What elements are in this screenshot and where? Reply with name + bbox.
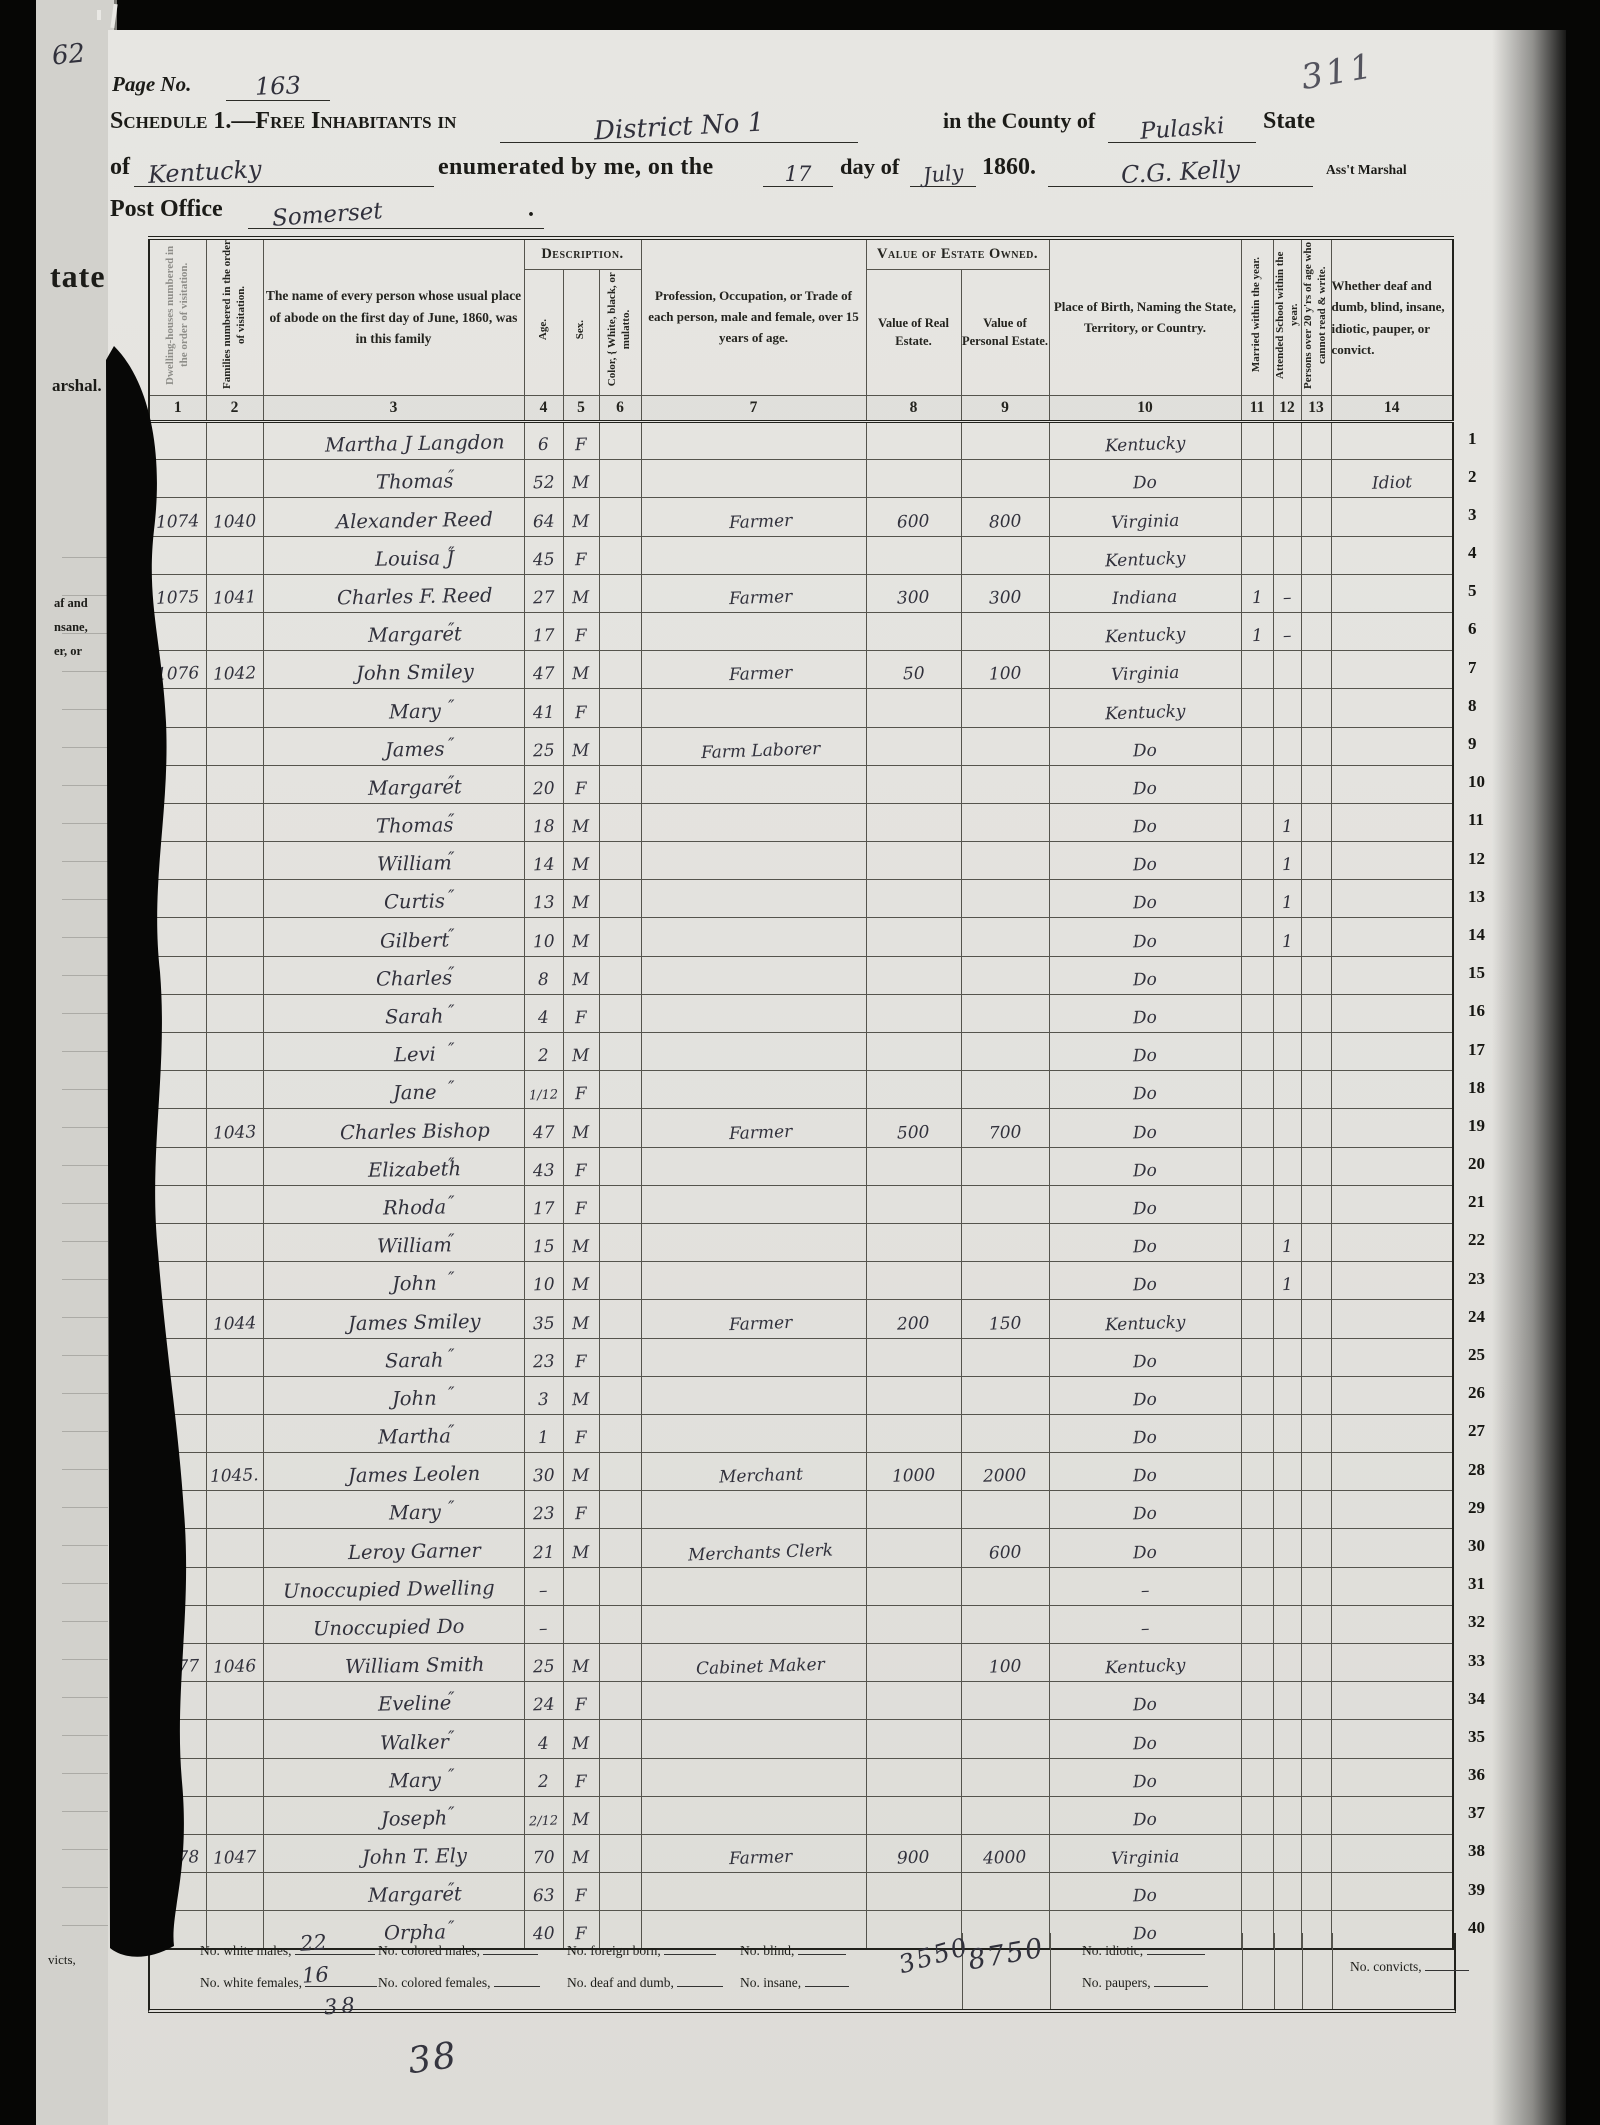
row-number: 1: [112, 420, 142, 458]
cell-school: [1273, 1414, 1301, 1452]
previous-page-edge: 62 tate arshal. af and nsane, er, or vic…: [36, 0, 117, 2125]
cell-dwelling: [149, 956, 206, 994]
row-number: 33: [112, 1642, 142, 1680]
cell-name: Curtis″: [263, 880, 524, 918]
cell-remarks: [1331, 536, 1453, 574]
row-number: 6: [1468, 610, 1514, 648]
cell-school: [1273, 1071, 1301, 1109]
cell-remarks: [1331, 574, 1453, 612]
cell-birthplace: Do: [1049, 1071, 1241, 1109]
cell-name: Alexander Reed: [263, 498, 524, 536]
cell-family: 1044: [206, 1300, 263, 1338]
cell-cannot_read: [1301, 536, 1331, 574]
cell-real_estate: [866, 1223, 961, 1261]
cell-sex: F: [563, 765, 599, 803]
cell-occupation: Farmer: [641, 1300, 866, 1338]
cell-married: [1241, 765, 1273, 803]
cell-family: [206, 1185, 263, 1223]
ditto-mark: ″: [448, 887, 454, 907]
cell-occupation: Farmer: [641, 1834, 866, 1872]
ditto-mark: ″: [448, 620, 454, 640]
header-birthplace: Place of Birth, Naming the State, Territ…: [1049, 238, 1241, 396]
cell-sex: F: [563, 994, 599, 1032]
cell-cannot_read: [1301, 574, 1331, 612]
cell-married: [1241, 1300, 1273, 1338]
cell-dwelling: [149, 1147, 206, 1185]
cell-cannot_read: [1301, 765, 1331, 803]
cell-birthplace: Do: [1049, 1796, 1241, 1834]
cell-sex: F: [563, 1147, 599, 1185]
cell-family: [206, 612, 263, 650]
row-number: 19: [1468, 1107, 1514, 1145]
cell-age: 70: [524, 1834, 563, 1872]
cell-cannot_read: [1301, 1834, 1331, 1872]
cell-real_estate: [866, 727, 961, 765]
cell-family: [206, 1529, 263, 1567]
colored-females-label: No. colored females,: [378, 1975, 540, 1991]
cell-sex: M: [563, 1223, 599, 1261]
cell-family: 1040: [206, 498, 263, 536]
row-number: 19: [112, 1107, 142, 1145]
cell-age: 47: [524, 651, 563, 689]
cell-color: [599, 1644, 641, 1682]
cell-cannot_read: [1301, 1262, 1331, 1300]
cell-age: 17: [524, 1185, 563, 1223]
cell-real_estate: [866, 1796, 961, 1834]
table-row: Unoccupied Do––: [149, 1605, 1453, 1643]
cell-school: [1273, 1834, 1301, 1872]
cell-remarks: [1331, 994, 1453, 1032]
cell-sex: F: [563, 1071, 599, 1109]
cell-age: 10: [524, 918, 563, 956]
cell-dwelling: [149, 1414, 206, 1452]
cell-sex: F: [563, 1491, 599, 1529]
cell-name: William″: [263, 842, 524, 880]
row-number: 29: [112, 1489, 142, 1527]
cell-real_estate: [866, 1376, 961, 1414]
cell-color: [599, 1262, 641, 1300]
cell-remarks: [1331, 1262, 1453, 1300]
table-row: Charles″8MDo: [149, 956, 1453, 994]
row-number: 15: [112, 954, 142, 992]
cell-age: 2: [524, 1033, 563, 1071]
cell-cannot_read: [1301, 651, 1331, 689]
cell-married: [1241, 1834, 1273, 1872]
county-label: in the County of: [943, 108, 1095, 134]
row-number: 13: [112, 878, 142, 916]
header-dwelling: Dwelling-houses numbered in the order of…: [149, 238, 206, 396]
cell-color: [599, 1223, 641, 1261]
cell-name: Charles″: [263, 956, 524, 994]
cell-occupation: [641, 765, 866, 803]
page-no-blank: 163: [226, 68, 330, 101]
cell-personal_estate: [961, 994, 1049, 1032]
cell-remarks: [1331, 1644, 1453, 1682]
row-number: 23: [1468, 1260, 1514, 1298]
cell-name: Unoccupied Dwelling: [263, 1567, 524, 1605]
cell-school: [1273, 651, 1301, 689]
cell-cannot_read: [1301, 1491, 1331, 1529]
cell-family: [206, 727, 263, 765]
deaf-dumb-label: No. deaf and dumb,: [567, 1975, 723, 1991]
cell-school: [1273, 1529, 1301, 1567]
row-number: 10: [1468, 763, 1514, 801]
cell-cannot_read: [1301, 1605, 1331, 1643]
cell-age: 2/12: [524, 1796, 563, 1834]
cell-sex: F: [563, 422, 599, 460]
cell-name: Eveline″: [263, 1682, 524, 1720]
cell-dwelling: 1075: [149, 574, 206, 612]
cell-birthplace: Do: [1049, 1338, 1241, 1376]
row-number: 31: [112, 1565, 142, 1603]
cell-personal_estate: [961, 842, 1049, 880]
cell-birthplace: Kentucky: [1049, 536, 1241, 574]
cell-real_estate: [866, 1262, 961, 1300]
cell-married: [1241, 1338, 1273, 1376]
cell-school: [1273, 1300, 1301, 1338]
ditto-mark: ″: [448, 849, 454, 869]
cell-school: [1273, 1147, 1301, 1185]
header-remarks: Whether deaf and dumb, blind, insane, id…: [1331, 238, 1453, 396]
white-females-value: 16: [301, 1962, 329, 1987]
cell-remarks: [1331, 1720, 1453, 1758]
cell-color: [599, 422, 641, 460]
cell-sex: M: [563, 1720, 599, 1758]
cell-family: [206, 1223, 263, 1261]
cell-family: [206, 689, 263, 727]
cell-real_estate: [866, 1720, 961, 1758]
row-number: 26: [1468, 1374, 1514, 1412]
cell-cannot_read: [1301, 612, 1331, 650]
table-row: Jane″1/12FDo: [149, 1071, 1453, 1109]
cell-school: –: [1273, 612, 1301, 650]
row-number: 13: [1468, 878, 1514, 916]
cell-age: 13: [524, 880, 563, 918]
cell-sex: M: [563, 1529, 599, 1567]
cell-family: [206, 536, 263, 574]
ditto-mark: ″: [448, 1689, 454, 1709]
cell-dwelling: [149, 1720, 206, 1758]
ditto-mark: ″: [448, 1002, 454, 1022]
ditto-mark: ″: [448, 1422, 454, 1442]
row-number: 28: [112, 1451, 142, 1489]
cell-age: 18: [524, 803, 563, 841]
row-number: 38: [1468, 1832, 1514, 1870]
cell-occupation: [641, 536, 866, 574]
table-row: Joseph″2/12MDo: [149, 1796, 1453, 1834]
cell-married: [1241, 1071, 1273, 1109]
header-cannot-read: Persons over 20 y'rs of age who cannot r…: [1301, 238, 1331, 396]
cell-age: 4: [524, 1720, 563, 1758]
cell-sex: F: [563, 689, 599, 727]
cell-dwelling: [149, 689, 206, 727]
cell-sex: F: [563, 536, 599, 574]
cell-real_estate: [866, 612, 961, 650]
cell-remarks: [1331, 1567, 1453, 1605]
cell-remarks: [1331, 498, 1453, 536]
county-value: Pulaski: [1139, 113, 1225, 145]
header-family: Families numbered in the order of visita…: [206, 238, 263, 396]
ditto-mark: ″: [448, 964, 454, 984]
table-row: Elizabeth″43FDo: [149, 1147, 1453, 1185]
cell-real_estate: 900: [866, 1834, 961, 1872]
state-word: State: [1263, 108, 1315, 135]
cell-birthplace: Do: [1049, 1185, 1241, 1223]
cell-remarks: [1331, 1147, 1453, 1185]
row-number: 16: [112, 992, 142, 1030]
cell-name: Elizabeth″: [263, 1147, 524, 1185]
cell-birthplace: Do: [1049, 880, 1241, 918]
row-number: 21: [112, 1183, 142, 1221]
cell-school: 1: [1273, 803, 1301, 841]
cell-personal_estate: [961, 1758, 1049, 1796]
row-number: 30: [112, 1527, 142, 1565]
cell-real_estate: [866, 1873, 961, 1911]
cell-personal_estate: [961, 460, 1049, 498]
cell-occupation: [641, 1071, 866, 1109]
cell-dwelling: [149, 803, 206, 841]
row-number: 20: [112, 1145, 142, 1183]
cell-personal_estate: 100: [961, 651, 1049, 689]
year-label: 1860.: [982, 154, 1036, 181]
cell-personal_estate: [961, 1720, 1049, 1758]
cell-color: [599, 1567, 641, 1605]
cell-birthplace: Virginia: [1049, 498, 1241, 536]
cell-family: [206, 842, 263, 880]
cell-remarks: [1331, 1414, 1453, 1452]
cell-married: [1241, 689, 1273, 727]
cell-school: [1273, 536, 1301, 574]
divider: [1274, 1933, 1275, 2009]
cell-school: [1273, 689, 1301, 727]
census-scan: 62 tate arshal. af and nsane, er, or vic…: [0, 0, 1600, 2125]
cell-school: 1: [1273, 1223, 1301, 1261]
cell-name: Margaret″: [263, 765, 524, 803]
cell-sex: F: [563, 1185, 599, 1223]
table-row: 10771046William Smith25MCabinet Maker100…: [149, 1644, 1453, 1682]
cell-married: 1: [1241, 574, 1273, 612]
cell-real_estate: [866, 1682, 961, 1720]
row-number: 7: [112, 649, 142, 687]
cell-remarks: [1331, 1223, 1453, 1261]
cell-personal_estate: [961, 1605, 1049, 1643]
cell-name: Margaret″: [263, 612, 524, 650]
cell-occupation: [641, 1758, 866, 1796]
cell-dwelling: [149, 918, 206, 956]
month-value: July: [922, 160, 964, 187]
table-row: Louisa J″45FKentucky: [149, 536, 1453, 574]
previous-page-fragment-marshal: arshal.: [52, 376, 102, 396]
row-number: 25: [1468, 1336, 1514, 1374]
cell-occupation: [641, 880, 866, 918]
cell-sex: F: [563, 1758, 599, 1796]
cell-married: [1241, 1109, 1273, 1147]
ditto-mark: ″: [448, 811, 454, 831]
cell-real_estate: [866, 1529, 961, 1567]
cell-color: [599, 1605, 641, 1643]
row-number: 35: [1468, 1718, 1514, 1756]
idiotic-label: No. idiotic,: [1082, 1943, 1205, 1959]
cell-cannot_read: [1301, 1109, 1331, 1147]
row-number: 29: [1468, 1489, 1514, 1527]
header-color: Color, { White, black, or mulatto.: [599, 269, 641, 395]
cell-remarks: [1331, 842, 1453, 880]
cell-remarks: [1331, 727, 1453, 765]
row-number: 1: [1468, 420, 1514, 458]
row-number: 9: [112, 725, 142, 763]
handwritten-stamp: 311: [1298, 46, 1378, 98]
cell-age: 20: [524, 765, 563, 803]
cell-school: [1273, 1567, 1301, 1605]
cell-real_estate: [866, 1414, 961, 1452]
cell-color: [599, 1300, 641, 1338]
cell-birthplace: Indiana: [1049, 574, 1241, 612]
cell-personal_estate: 150: [961, 1300, 1049, 1338]
cell-dwelling: [149, 536, 206, 574]
cell-age: 17: [524, 612, 563, 650]
row-number: 22: [112, 1221, 142, 1259]
row-number: 37: [1468, 1794, 1514, 1832]
divider: [1050, 1933, 1051, 2009]
cell-sex: M: [563, 727, 599, 765]
cell-real_estate: [866, 1758, 961, 1796]
cell-real_estate: [866, 956, 961, 994]
cell-age: 27: [524, 574, 563, 612]
cell-birthplace: Do: [1049, 765, 1241, 803]
row-number: 2: [112, 458, 142, 496]
cell-dwelling: [149, 727, 206, 765]
cell-personal_estate: [961, 1491, 1049, 1529]
cell-age: 14: [524, 842, 563, 880]
table-row: Margaret″17FKentucky1–: [149, 612, 1453, 650]
white-males-label: No. white males,: [200, 1943, 375, 1959]
column-number-row: 12 34 56 78 910 1112 1314: [149, 396, 1453, 422]
cell-dwelling: 1076: [149, 651, 206, 689]
cell-color: [599, 1758, 641, 1796]
cell-birthplace: Do: [1049, 1109, 1241, 1147]
row-number: 31: [1468, 1565, 1514, 1603]
cell-dwelling: 1077: [149, 1644, 206, 1682]
cell-school: 1: [1273, 918, 1301, 956]
cell-family: [206, 880, 263, 918]
cell-school: [1273, 460, 1301, 498]
cell-sex: M: [563, 1796, 599, 1834]
cell-family: [206, 1873, 263, 1911]
cell-color: [599, 536, 641, 574]
cell-family: [206, 1758, 263, 1796]
header-married: Married within the year.: [1241, 238, 1273, 396]
cell-name: James Leolen: [263, 1453, 524, 1491]
cell-remarks: [1331, 651, 1453, 689]
cell-cannot_read: [1301, 1644, 1331, 1682]
cell-occupation: Farmer: [641, 651, 866, 689]
cell-personal_estate: [961, 1262, 1049, 1300]
cell-name: Mary″: [263, 689, 524, 727]
cell-married: [1241, 1796, 1273, 1834]
row-number: 40: [112, 1909, 142, 1947]
row-number: 8: [1468, 687, 1514, 725]
cell-name: Thomas″: [263, 460, 524, 498]
cell-married: [1241, 842, 1273, 880]
cell-occupation: [641, 842, 866, 880]
cell-name: Jane″: [263, 1071, 524, 1109]
cell-age: 47: [524, 1109, 563, 1147]
cell-real_estate: 1000: [866, 1453, 961, 1491]
cell-married: [1241, 727, 1273, 765]
cell-color: [599, 1185, 641, 1223]
ditto-mark: ″: [448, 1880, 454, 1900]
row-number: 23: [112, 1260, 142, 1298]
table-row: Sarah″4FDo: [149, 994, 1453, 1032]
cell-dwelling: [149, 880, 206, 918]
cell-birthplace: Do: [1049, 918, 1241, 956]
cell-birthplace: –: [1049, 1605, 1241, 1643]
cell-married: [1241, 1185, 1273, 1223]
cell-personal_estate: [961, 1376, 1049, 1414]
convicts-label: No. convicts,: [1350, 1959, 1469, 1975]
table-row: John″3MDo: [149, 1376, 1453, 1414]
cell-name: Margaret″: [263, 1873, 524, 1911]
cell-occupation: [641, 1414, 866, 1452]
cell-real_estate: [866, 1491, 961, 1529]
cell-cannot_read: [1301, 689, 1331, 727]
cell-sex: F: [563, 612, 599, 650]
cell-married: [1241, 422, 1273, 460]
cell-age: 25: [524, 1644, 563, 1682]
cell-real_estate: [866, 1644, 961, 1682]
cell-dwelling: [149, 1605, 206, 1643]
cell-school: [1273, 1796, 1301, 1834]
real-estate-total: 3550: [895, 1932, 972, 1980]
cell-cannot_read: [1301, 1185, 1331, 1223]
cell-cannot_read: [1301, 1682, 1331, 1720]
cell-name: Walker″: [263, 1720, 524, 1758]
ditto-mark: ″: [448, 1155, 454, 1175]
cell-cannot_read: [1301, 803, 1331, 841]
ditto-mark: ″: [448, 1804, 454, 1824]
cell-personal_estate: [961, 1033, 1049, 1071]
cell-remarks: [1331, 1338, 1453, 1376]
row-number: 26: [112, 1374, 142, 1412]
cell-name: James Smiley: [263, 1300, 524, 1338]
scan-artifact: [97, 10, 101, 20]
table-row: Leroy Garner21MMerchants Clerk600Do: [149, 1529, 1453, 1567]
row-number: 34: [112, 1680, 142, 1718]
cell-occupation: [641, 1338, 866, 1376]
cell-personal_estate: 700: [961, 1109, 1049, 1147]
cell-sex: F: [563, 1414, 599, 1452]
cell-birthplace: Do: [1049, 956, 1241, 994]
cell-age: 6: [524, 422, 563, 460]
cell-birthplace: Do: [1049, 1033, 1241, 1071]
cell-school: [1273, 1758, 1301, 1796]
cell-married: [1241, 1529, 1273, 1567]
cell-school: 1: [1273, 1262, 1301, 1300]
row-number: 14: [1468, 916, 1514, 954]
cell-occupation: [641, 612, 866, 650]
cell-birthplace: Kentucky: [1049, 1300, 1241, 1338]
cell-occupation: [641, 1185, 866, 1223]
row-number: 32: [112, 1603, 142, 1641]
cell-name: Charles Bishop: [263, 1109, 524, 1147]
post-office-value: Somerset: [271, 198, 383, 232]
cell-remarks: [1331, 1185, 1453, 1223]
cell-age: 2: [524, 1758, 563, 1796]
cell-cannot_read: [1301, 956, 1331, 994]
row-number: 8: [112, 687, 142, 725]
cell-dwelling: 1074: [149, 498, 206, 536]
cell-sex: M: [563, 1300, 599, 1338]
